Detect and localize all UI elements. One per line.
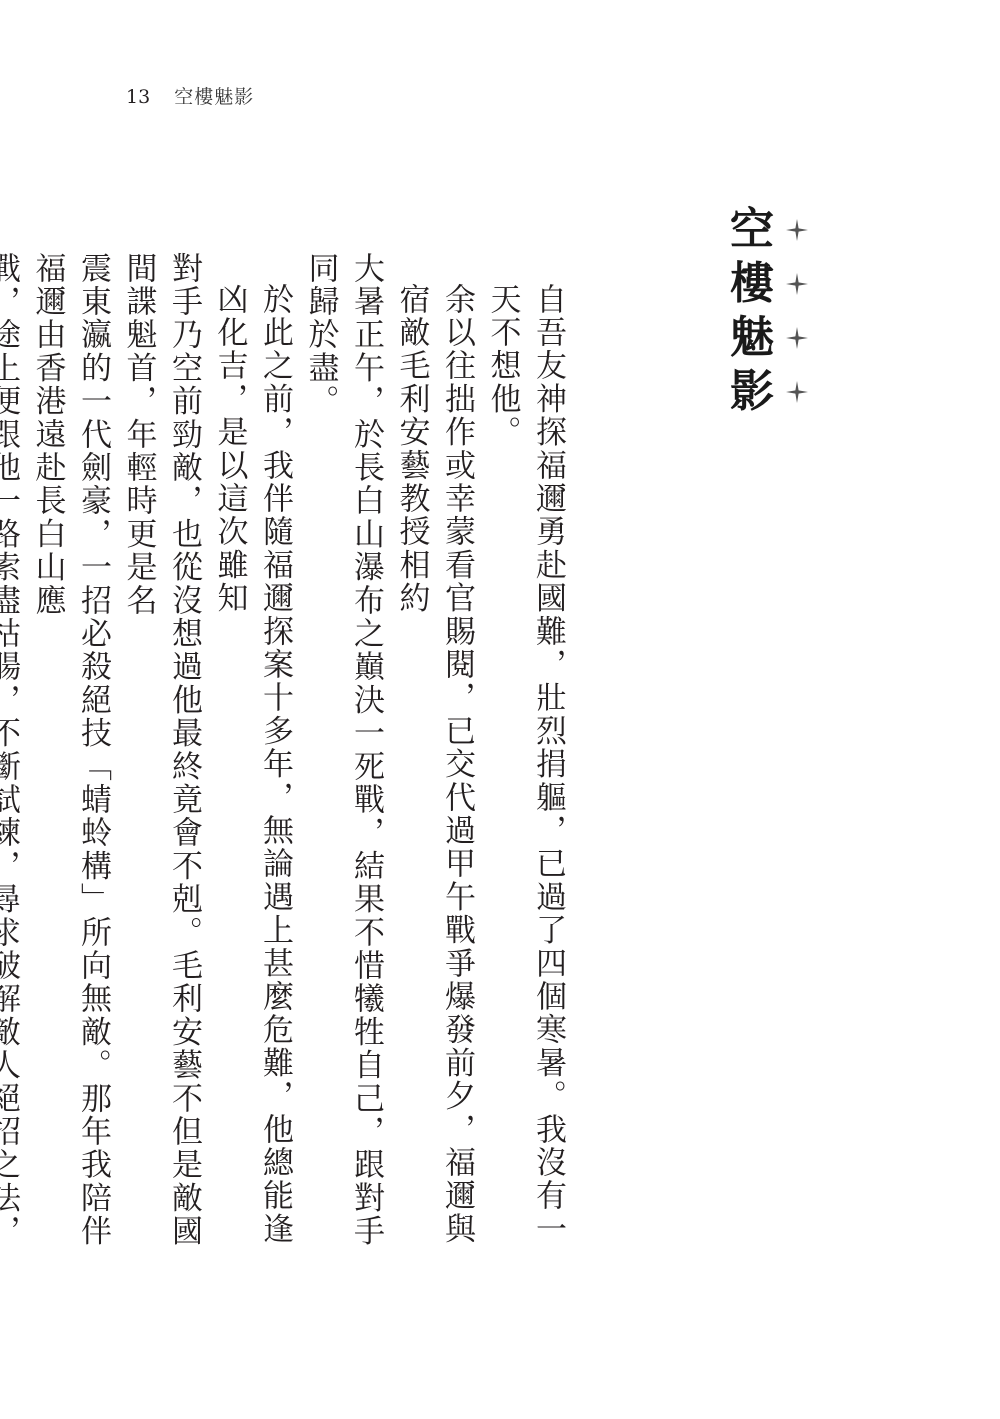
title-char: 空 [728, 205, 776, 255]
title-row: 空 [728, 205, 808, 255]
title-char: 樓 [728, 259, 776, 309]
running-header: 13 空樓魅影 [126, 82, 254, 109]
chapter-title: 空 樓 魅 影 [728, 205, 808, 417]
four-point-star-icon [786, 381, 808, 403]
text-column: 大暑正午，於長白山瀑布之巔決一死戰，結果不惜犧牲自己，跟對手同歸於盡。 [297, 252, 388, 1252]
text-column: 余以往拙作或幸蒙看官賜閱，已交代過甲午戰爭爆發前夕，福邇與宿敵毛利安藝教授相約 [388, 252, 479, 1252]
body-text: 自吾友神探福邇勇赴國難，壯烈捐軀，已過了四個寒暑。我沒有一天不想他。 余以往拙作… [0, 252, 570, 1252]
four-point-star-icon [786, 327, 808, 349]
four-point-star-icon [786, 273, 808, 295]
text-column: 震東瀛的一代劍豪，一招必殺絕技「蜻蛉構」所向無敵。那年我陪伴福邇由香港遠赴長白山… [24, 252, 115, 1252]
title-row: 影 [728, 367, 808, 417]
text-column: 於此之前，我伴隨福邇探案十多年，無論遇上甚麼危難，他總能逢凶化吉，是以這次雖知 [206, 252, 297, 1252]
text-column: 戰，途上便跟他一路索盡枯腸，不斷試練，尋求破解敵人絕招之法，可惜終於還是不得要領… [0, 252, 24, 1252]
title-char: 影 [728, 367, 776, 417]
running-title: 空樓魅影 [174, 82, 254, 109]
title-row: 魅 [728, 313, 808, 363]
text-column: 自吾友神探福邇勇赴國難，壯烈捐軀，已過了四個寒暑。我沒有一天不想他。 [479, 252, 570, 1252]
page-number: 13 [126, 86, 150, 108]
text-column: 對手乃空前勁敵，也從沒想過他最終竟會不剋。毛利安藝不但是敵國間諜魁首，年輕時更是… [115, 252, 206, 1252]
title-row: 樓 [728, 259, 808, 309]
four-point-star-icon [786, 219, 808, 241]
title-char: 魅 [728, 313, 776, 363]
